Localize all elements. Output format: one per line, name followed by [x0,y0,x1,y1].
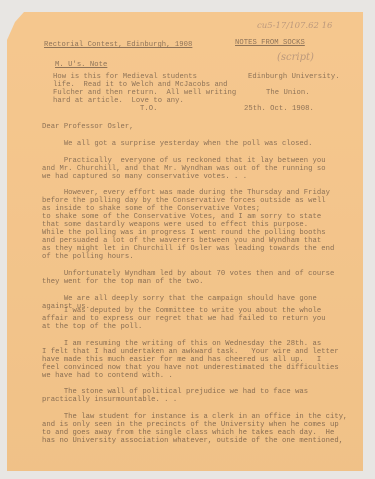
paragraph-line: I was deputed by the Committee to write … [42,307,321,315]
paragraph-line: and Mr. Churchill, and that Mr. Wyndham … [42,165,326,173]
address-line: The Union. [266,89,310,97]
paragraph-line: and persuaded a lot of the waverers betw… [42,237,321,245]
paragraph-line: of the polling hours. [42,253,134,261]
paragraph-line: we have had to contend with. . [42,372,173,380]
note-initials: T.O. [140,105,157,113]
address-line: Edinburgh University. [248,73,340,81]
paragraph-line: have made this much easier for me and ha… [42,356,321,364]
paragraph-line: practically insurmountable. . . [42,396,177,404]
note-line: How is this for Medieval students [53,73,197,81]
paragraph-line: While the polling was in progress I went… [42,229,326,237]
paragraph-line: has no University association whatever, … [42,437,343,445]
paragraph-line: to shake some of the Conservative Votes,… [42,213,321,221]
note-line: Fulcher and then return. All well writin… [53,89,236,97]
paragraph-line: they went for the top man of the two. [42,278,203,286]
typed-letter-page: cu5-17/107.62 16 (script) Rectorial Cont… [7,12,363,471]
paragraph-line: We are all deeply sorry that the campaig… [42,295,317,303]
paragraph-line: and is only seen in the precincts of the… [42,421,339,429]
heading-contest: Rectorial Contest, Edinburgh, 1908 [44,41,192,49]
paragraph-line: However, every effort was made during th… [42,189,330,197]
archive-reference: cu5-17/107.62 16 [257,21,332,31]
paragraph-line: as they might let in Churchill if Osler … [42,245,334,253]
paragraph-line: we had captured so many conservative vot… [42,173,247,181]
letter-date: 25th. Oct. 1908. [244,105,314,113]
paragraph-line: affair and to express our regret that we… [42,315,326,323]
paragraph-line: The stone wall of political prejudice we… [42,388,308,396]
paragraph-line: I felt that I had undertaken an awkward … [42,348,339,356]
paragraph-line: I am resuming the writing of this on Wed… [42,340,321,348]
note-line: hard at article. Love to any. [53,97,184,105]
paragraph-line: Practically everyone of us reckoned that… [42,157,326,165]
paragraph-line: feel convinced now that you have not und… [42,364,339,372]
paragraph-line: The law student for instance is a clerk … [42,413,347,421]
paragraph-line: to and goes away from the single class w… [42,429,334,437]
paragraph-line: at the top of the poll. [42,323,142,331]
paragraph-line: that some dastardly weapons were used to… [42,221,308,229]
heading-notes: NOTES FROM SOCKS [235,39,305,47]
note-line: life. Read it to Welch and McJacobs and [53,81,228,89]
paragraph-line: We all got a surprise yesterday when the… [42,140,313,148]
note-recipient: M. U's. Note [55,61,107,69]
paragraph-line: as inside to shake some of the Conservat… [42,205,269,213]
paragraph-line: Unfortunately Wyndham led by about 70 vo… [42,270,334,278]
salutation: Dear Professor Osler, [42,123,134,131]
pencil-annotation: (script) [277,52,314,63]
paragraph-line: before the polling day by the Conservati… [42,197,326,205]
